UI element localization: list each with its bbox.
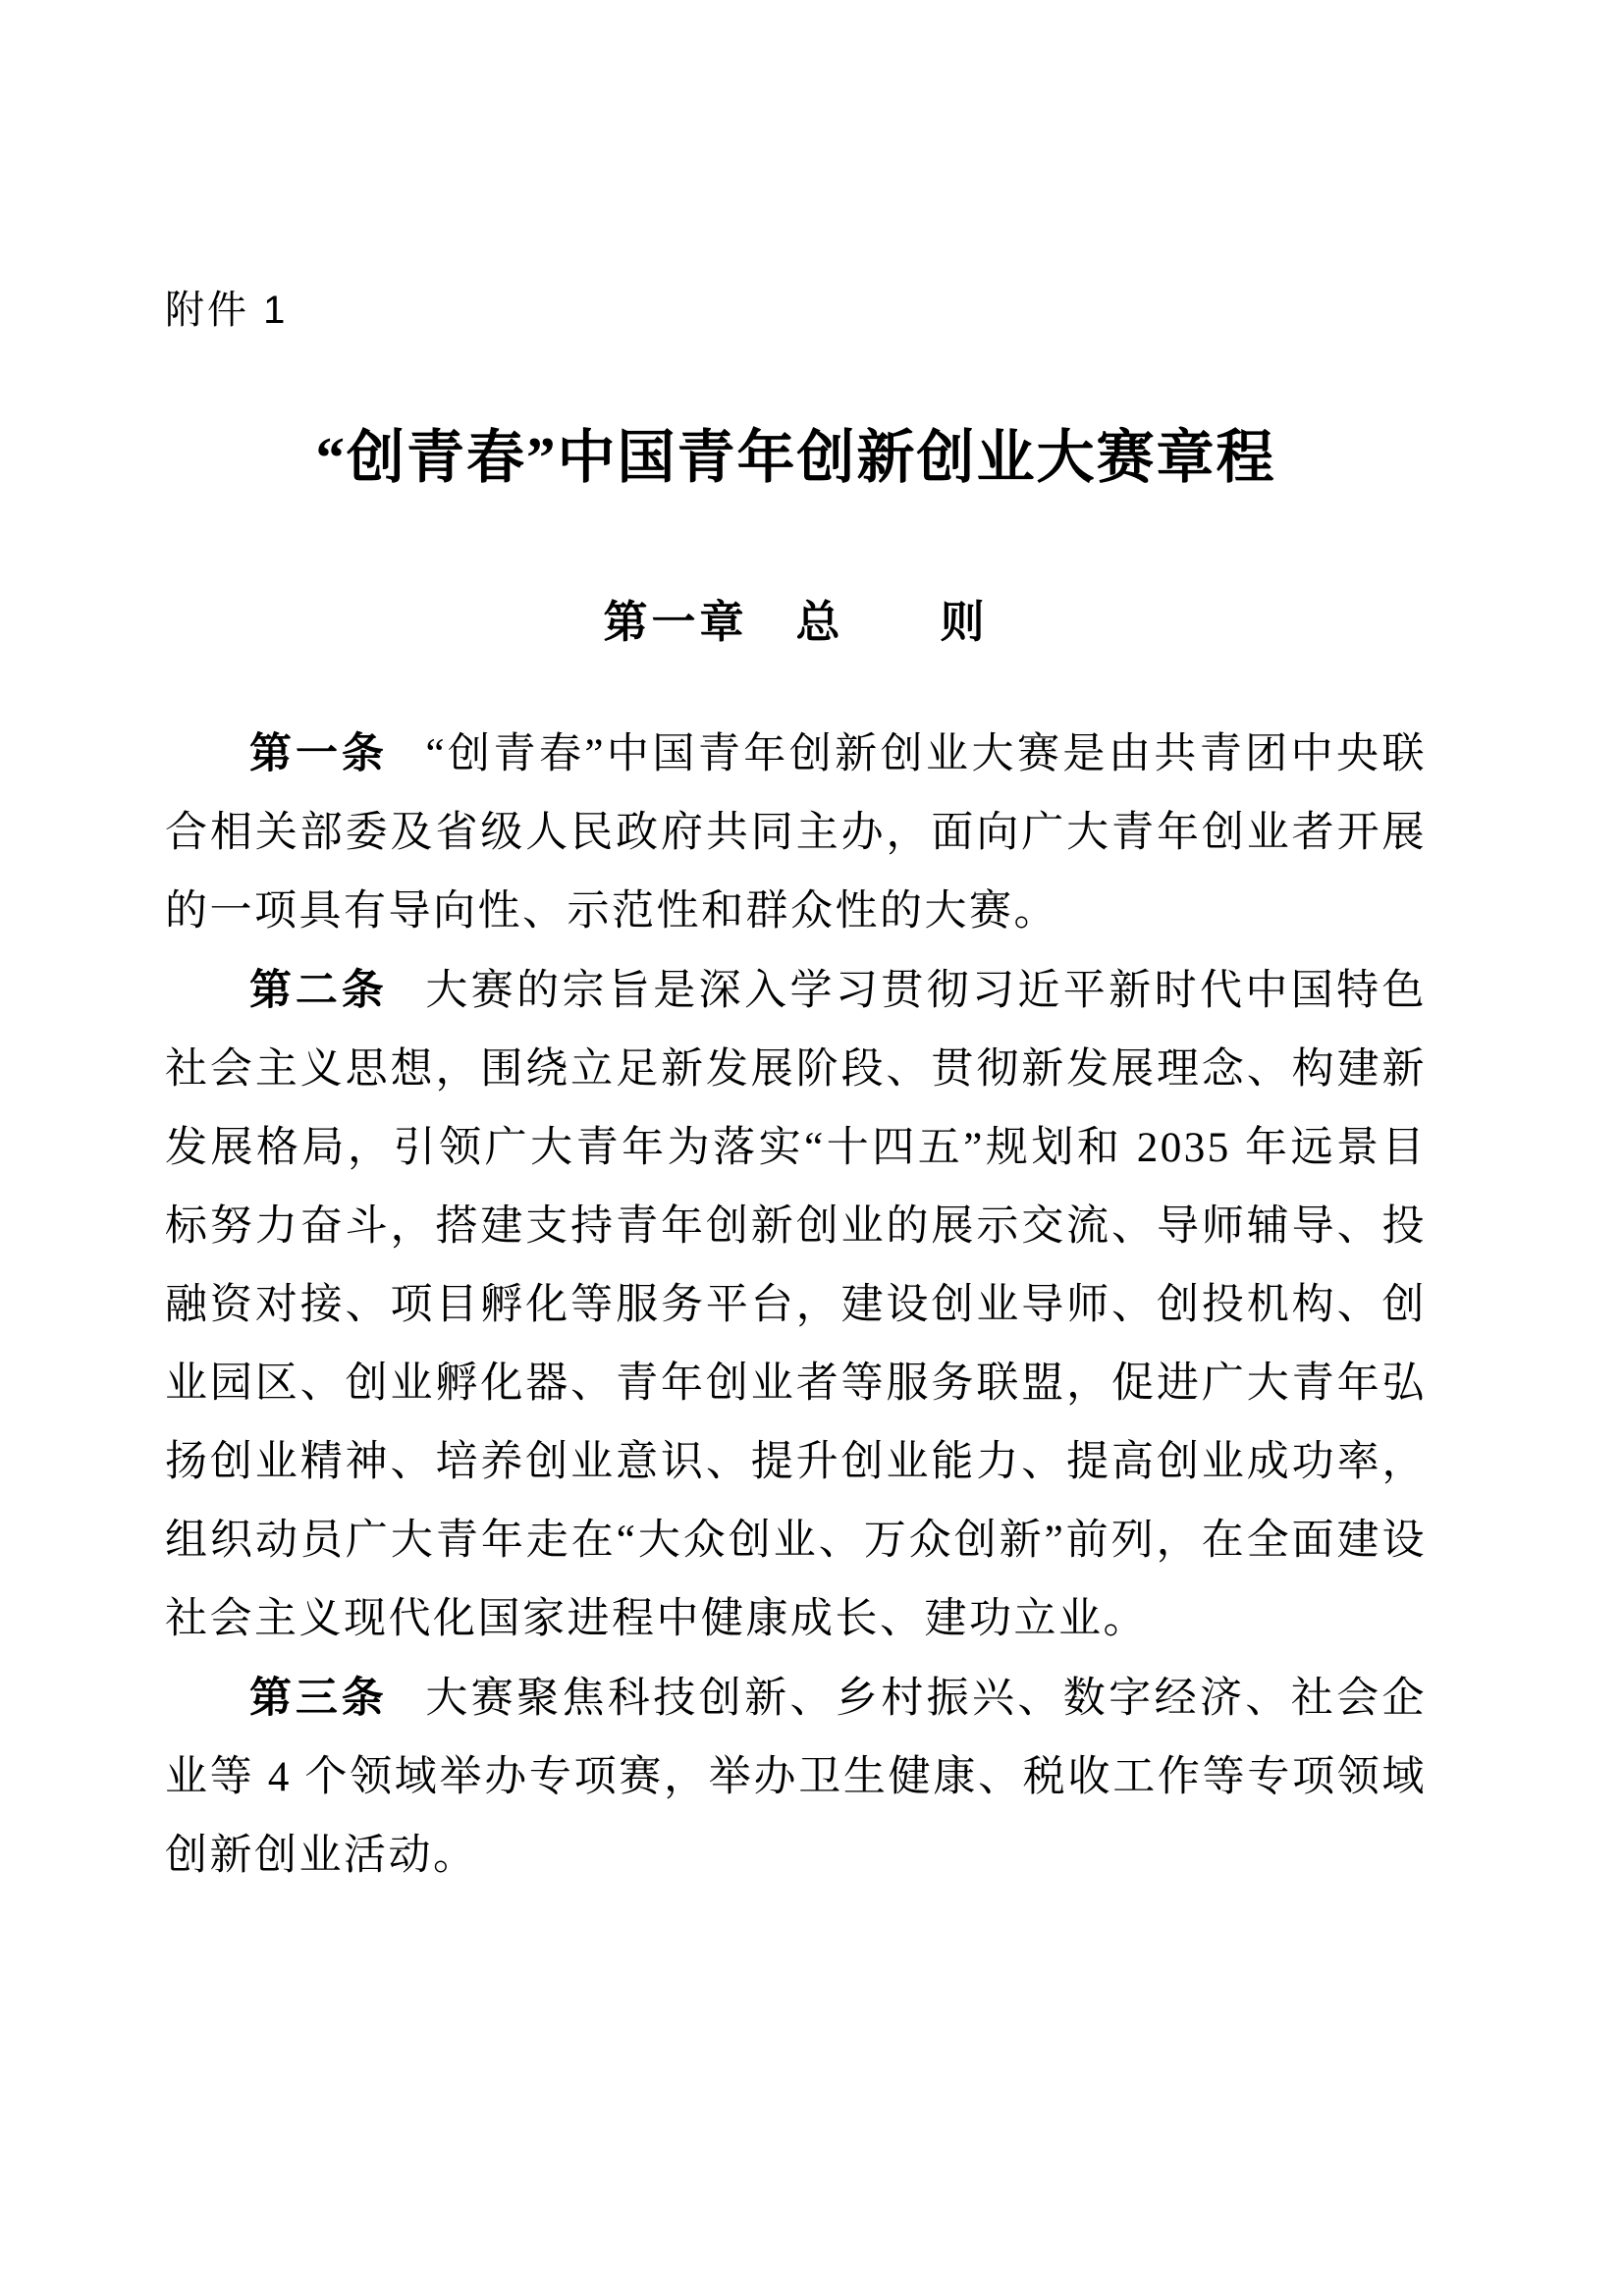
article-paragraph-3: 第三条大赛聚焦科技创新、乡村振兴、数字经济、社会企业等 4 个领域举办专项赛，举… [165, 1659, 1427, 1896]
article-3-label: 第三条 [249, 1675, 388, 1722]
article-2-label: 第二条 [249, 967, 388, 1014]
article-paragraph-2: 第二条大赛的宗旨是深入学习贯彻习近平新时代中国特色社会主义思想，围绕立足新发展阶… [165, 951, 1427, 1659]
article-paragraph-1: 第一条“创青春”中国青年创新创业大赛是由共青团中央联合相关部委及省级人民政府共同… [165, 715, 1427, 951]
chapter-heading: 第一章 总 则 [165, 598, 1427, 647]
document-body: 第一条“创青春”中国青年创新创业大赛是由共青团中央联合相关部委及省级人民政府共同… [165, 715, 1427, 1896]
attachment-label: 附件 1 [165, 291, 1427, 330]
article-1-label: 第一条 [249, 730, 388, 777]
article-2-text: 大赛的宗旨是深入学习贯彻习近平新时代中国特色社会主义思想，围绕立足新发展阶段、贯… [165, 968, 1427, 1642]
document-title: “创青春”中国青年创新创业大赛章程 [165, 426, 1427, 490]
document-page: 附件 1 “创青春”中国青年创新创业大赛章程 第一章 总 则 第一条“创青春”中… [0, 0, 1623, 2296]
